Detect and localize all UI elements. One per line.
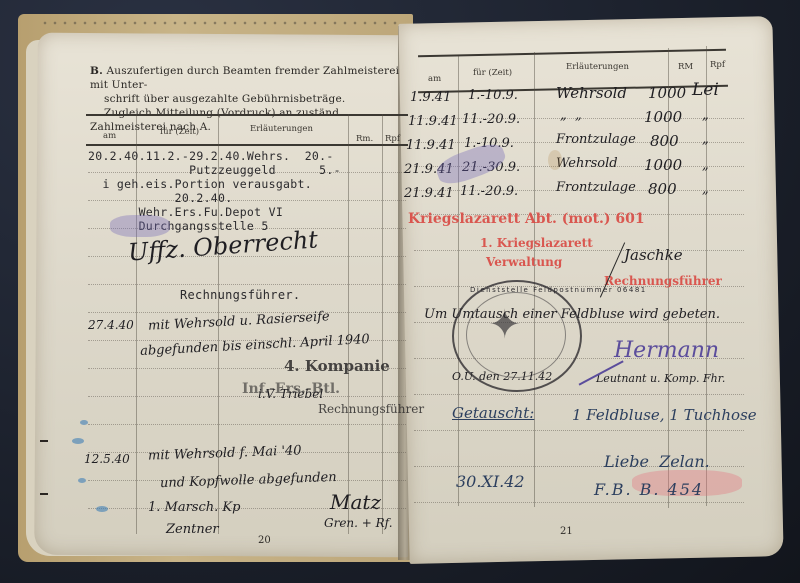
signature-matz: Matz — [330, 490, 381, 514]
ink-smudge — [110, 215, 170, 237]
cell-am: 21.9.41 — [404, 186, 454, 201]
header-zeit: für (Zeit) — [160, 127, 199, 137]
cell-unit: Lei — [692, 80, 719, 100]
stamp-signature: i.V. Triebel — [258, 387, 323, 401]
cell-amount: 1000 — [644, 108, 682, 126]
header-am: am — [428, 74, 441, 84]
paper-stain — [548, 150, 562, 170]
column-divider — [348, 114, 349, 534]
stamp-company: 4. Kompanie — [284, 357, 390, 375]
binding-stitch — [40, 493, 48, 495]
row-line — [88, 424, 406, 425]
column-divider — [458, 56, 459, 506]
ink-blot — [72, 438, 84, 444]
cell-am: 11.9.41 — [408, 114, 458, 129]
cell-unit: „ — [702, 108, 709, 123]
cell-unit: „ — [702, 182, 709, 197]
cell-unit: „ — [702, 132, 709, 147]
seal-text: Dienststelle Feldpostnummer 06481 — [470, 286, 647, 294]
cell-amount: 800 — [648, 180, 677, 198]
section-marker: B. — [90, 65, 103, 77]
heading-line-2: schrift über ausgezahlte Gebührnisbeträg… — [90, 93, 345, 105]
binding-stitch — [40, 440, 48, 442]
header-am: am — [103, 131, 116, 141]
ink-blot — [80, 420, 88, 425]
entry-date: 27.4.40 — [88, 318, 134, 332]
entry-line: Zentner — [166, 522, 219, 537]
red-stamp-line-3: Verwaltung — [486, 255, 562, 269]
cell-zeit: 1.-10.9. — [468, 88, 518, 103]
column-divider — [534, 52, 535, 507]
row-line — [414, 394, 744, 395]
column-divider — [382, 114, 383, 534]
exchanged-signature: Liebe Zelan. — [604, 452, 710, 471]
heading-line-1: Auszufertigen durch Beamten fremder Zahl… — [90, 65, 399, 91]
cell-unit: „ — [702, 158, 709, 173]
violet-signature: Hermann — [614, 338, 719, 363]
header-erlaeuterungen: Erläuterungen — [250, 124, 313, 134]
cell-text: Wehrsold — [556, 84, 627, 102]
cell-am: 11.9.41 — [406, 138, 456, 153]
header-erlaeuterungen: Erläuterungen — [566, 62, 629, 72]
red-stamp-line-1: Kriegslazarett Abt. (mot.) 601 — [408, 211, 645, 227]
cell-text: Frontzulage — [556, 180, 636, 195]
cell-amount: 1000 — [648, 84, 686, 102]
typed-line: 20.2.40. — [88, 191, 232, 205]
violet-title: Leutnant u. Komp. Fhr. — [596, 372, 725, 385]
header-rpf: Rpf — [710, 60, 725, 70]
page-number-left: 20 — [258, 535, 271, 546]
signature-jaschke: Jaschke — [624, 246, 683, 264]
row-line — [414, 502, 744, 503]
cell-text: Frontzulage — [556, 132, 636, 147]
cell-amount: 800 — [650, 132, 679, 150]
header-rpf: Rpf — [385, 134, 400, 144]
typed-line: i geh.eis.Portion verausgabt. — [88, 177, 312, 191]
exchange-reference: F.B. B. 454 — [594, 480, 704, 499]
header-zeit: für (Zeit) — [473, 68, 512, 78]
typed-line: 20.2.40.11.2.-29.2.40.Wehrs. 20.- — [88, 149, 334, 163]
entry-line: 1. Marsch. Kp — [148, 500, 240, 515]
cell-zeit: 11.-20.9. — [462, 112, 520, 127]
exchanged-items: 1 Feldbluse, 1 Tuchhose — [572, 406, 757, 424]
table-header-rule — [86, 144, 408, 146]
cell-text: „ „ — [560, 108, 582, 123]
cell-zeit: 11.-20.9. — [460, 184, 518, 199]
stamp-title: Rechnungsführer — [318, 402, 424, 416]
typed-title: Rechnungsführer. — [180, 288, 300, 302]
row-line — [414, 250, 744, 251]
cell-am: 1.9.41 — [410, 90, 451, 105]
perforated-edge — [40, 20, 400, 26]
exchanged-label: Getauscht: — [452, 404, 534, 422]
entry-date: 12.5.40 — [84, 452, 130, 466]
row-line — [88, 284, 406, 285]
header-rm: RM — [678, 62, 693, 72]
ink-blot — [96, 506, 108, 512]
header-rm: Rm. — [356, 134, 373, 144]
typed-line: Putzzeuggeld 5.- — [88, 163, 341, 177]
row-line — [414, 430, 744, 431]
table-top-rule — [86, 114, 408, 116]
ink-blot — [78, 478, 86, 483]
exchange-date: 30.XI.42 — [456, 472, 525, 491]
seal-date: O.U. den 27.11.42 — [452, 370, 552, 383]
request-text: Um Umtausch einer Feldbluse wird gebeten… — [424, 307, 720, 322]
red-stamp-line-2: 1. Kriegslazarett — [480, 236, 593, 250]
cell-amount: 1000 — [644, 156, 682, 174]
signature-title: Gren. + Rf. — [324, 516, 393, 530]
cell-text: Wehrsold — [556, 156, 618, 171]
page-number-right: 21 — [560, 526, 573, 537]
